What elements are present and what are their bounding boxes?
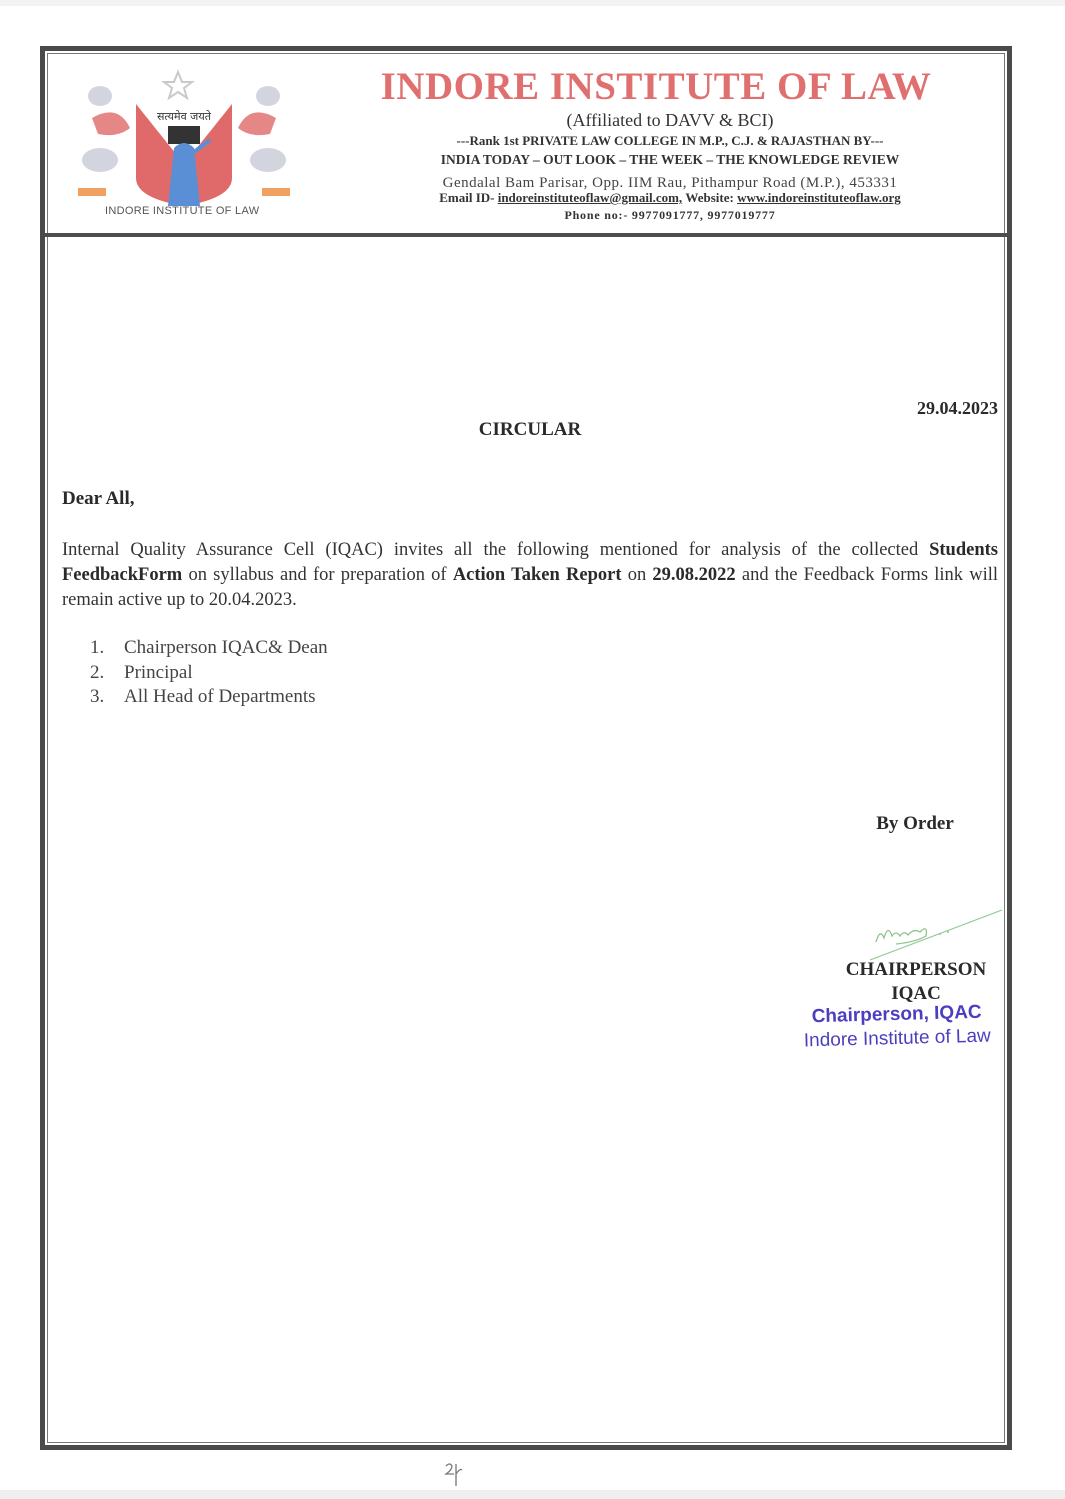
signatory-block: CHAIRPERSON IQAC xyxy=(826,958,1006,1006)
handwritten-page-number xyxy=(440,1458,470,1488)
list-item: 1.Chairperson IQAC& Dean xyxy=(90,636,328,661)
circular-date: 29.04.2023 xyxy=(880,398,998,419)
list-number: 1. xyxy=(90,636,124,661)
list-item: 3.All Head of Departments xyxy=(90,685,328,710)
body-text-2: on syllabus and for preparation of xyxy=(182,565,453,585)
affiliation: (Affiliated to DAVV & BCI) xyxy=(320,110,1020,131)
institute-logo-emblem: सत्यमेव जयते xyxy=(78,68,290,228)
email-link[interactable]: indoreinstituteoflaw@gmail.com, xyxy=(498,190,682,205)
scan-edge-bottom xyxy=(0,1490,1065,1499)
body-text-1: Internal Quality Assurance Cell (IQAC) i… xyxy=(62,540,929,560)
list-item: 2.Principal xyxy=(90,661,328,686)
body-text-3: on xyxy=(621,565,652,585)
circular-title: CIRCULAR xyxy=(430,419,630,441)
ranking-line: ---Rank 1st PRIVATE LAW COLLEGE IN M.P.,… xyxy=(320,133,1020,149)
circular-body: Internal Quality Assurance Cell (IQAC) i… xyxy=(62,538,998,613)
website-link[interactable]: www.indoreinstituteoflaw.org xyxy=(737,190,901,205)
signatory-title: CHAIRPERSON xyxy=(826,958,1006,982)
list-label: Chairperson IQAC& Dean xyxy=(124,637,328,658)
list-label: Principal xyxy=(124,662,193,683)
recipient-list: 1.Chairperson IQAC& Dean 2.Principal 3.A… xyxy=(90,636,328,710)
list-label: All Head of Departments xyxy=(124,686,316,707)
contact-line: Email ID- indoreinstituteoflaw@gmail.com… xyxy=(320,190,1020,206)
svg-text:सत्यमेव जयते: सत्यमेव जयते xyxy=(157,110,212,123)
body-bold-date: 29.08.2022 xyxy=(652,565,735,585)
media-line: INDIA TODAY – OUT LOOK – THE WEEK – THE … xyxy=(320,152,1020,168)
website-label: Website: xyxy=(685,190,733,205)
handwritten-signature xyxy=(866,902,1006,962)
logo-caption: INDORE INSTITUTE OF LAW xyxy=(105,205,259,217)
by-order: By Order xyxy=(850,813,980,835)
institute-name: INDORE INSTITUTE OF LAW xyxy=(316,64,996,109)
email-label: Email ID- xyxy=(439,190,494,205)
list-number: 2. xyxy=(90,661,124,686)
official-stamp: Chairperson, IQAC Indore Institute of La… xyxy=(785,1000,1008,1054)
list-number: 3. xyxy=(90,685,124,710)
header-divider xyxy=(45,233,1007,237)
body-bold-action-report: Action Taken Report xyxy=(453,565,622,585)
scan-edge-top xyxy=(0,0,1065,6)
phone-numbers: Phone no:- 9977091777, 9977019777 xyxy=(320,208,1020,223)
salutation: Dear All, xyxy=(62,488,134,510)
page-border xyxy=(40,46,1012,1450)
